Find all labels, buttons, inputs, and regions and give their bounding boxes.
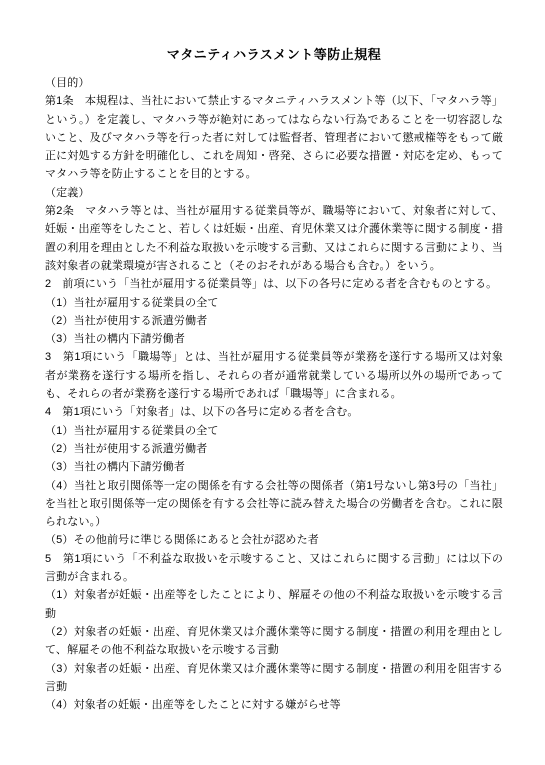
list-item: （2）当社が使用する派遣労働者 — [45, 312, 503, 330]
paragraph-article-2: 第2条 マタハラ等とは、当社が雇用する従業員等が、職場等において、対象者に対して… — [45, 202, 503, 275]
paragraph-article-2-section-4: 4 第1項にいう「対象者」は、以下の各号に定める者を含む。 — [45, 403, 503, 421]
list-item: （3）当社の構内下請労働者 — [45, 330, 503, 348]
list-item: （3）対象者の妊娠・出産、育児休業又は介護休業等に関する制度・措置の利用を阻害す… — [45, 660, 503, 697]
list-item: （2）対象者の妊娠・出産、育児休業又は介護休業等に関する制度・措置の利用を理由と… — [45, 623, 503, 660]
list-item: （1）当社が雇用する従業員の全て — [45, 422, 503, 440]
list-item: （4）当社と取引関係等一定の関係を有する会社等の関係者（第1号ないし第3号の「当… — [45, 477, 503, 532]
paragraph-definition-heading: （定義） — [45, 184, 503, 202]
paragraph-article-2-section-5: 5 第1項にいう「不利益な取扱いを示唆すること、又はこれらに関する言動」には以下… — [45, 550, 503, 587]
list-item: （2）当社が使用する派遣労働者 — [45, 440, 503, 458]
document-body: （目的） 第1条 本規程は、当社において禁止するマタニティハラスメント等（以下、… — [45, 74, 503, 714]
list-item: （4）対象者の妊娠・出産等をしたことに対する嫌がらせ等 — [45, 696, 503, 714]
paragraph-article-1: 第1条 本規程は、当社において禁止するマタニティハラスメント等（以下、「マタハラ… — [45, 92, 503, 183]
document-title: マタニティハラスメント等防止規程 — [45, 45, 503, 64]
paragraph-purpose-heading: （目的） — [45, 74, 503, 92]
list-item: （3）当社の構内下請労働者 — [45, 458, 503, 476]
paragraph-article-2-section-3: 3 第1項にいう「職場等」とは、当社が雇用する従業員等が業務を遂行する場所又は対… — [45, 348, 503, 403]
list-item: （5）その他前号に準じる関係にあると会社が認めた者 — [45, 531, 503, 549]
document-page: マタニティハラスメント等防止規程 （目的） 第1条 本規程は、当社において禁止す… — [0, 0, 545, 765]
paragraph-article-2-section-2: 2 前項にいう「当社が雇用する従業員等」は、以下の各号に定める者を含むものとする… — [45, 275, 503, 293]
list-item: （1）対象者が妊娠・出産等をしたことにより、解雇その他の不利益な取扱いを示唆する… — [45, 586, 503, 623]
list-item: （1）当社が雇用する従業員の全て — [45, 294, 503, 312]
